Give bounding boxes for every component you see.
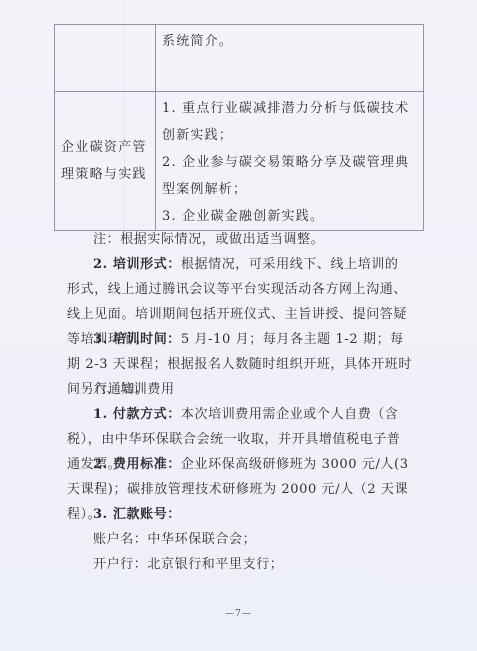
- content-line: 系统简介。: [156, 25, 423, 55]
- topic-text: 企业碳资产管理策略与实践: [55, 134, 155, 188]
- remittance-label: 3. 汇款账号：: [93, 507, 181, 522]
- topic-cell: 企业碳资产管理策略与实践: [55, 92, 156, 231]
- training-form-label: 2. 培训形式：: [93, 257, 181, 272]
- account-name-line: 账户名：中华环保联合会；: [67, 527, 412, 552]
- topic-cell: [55, 25, 156, 92]
- payment-method-label: 1. 付款方式：: [93, 407, 181, 422]
- document-page: 系统简介。 企业碳资产管理策略与实践 1. 重点行业碳减排潜力分析与低碳技术创新…: [0, 0, 477, 651]
- course-table: 系统简介。 企业碳资产管理策略与实践 1. 重点行业碳减排潜力分析与低碳技术创新…: [54, 24, 424, 231]
- fee-standard-label: 2. 费用标准：: [93, 457, 181, 472]
- content-line: 2. 企业参与碳交易策略分享及碳管理典型案例解析；: [156, 149, 423, 203]
- content-line: 3. 企业碳金融创新实践。: [156, 203, 423, 230]
- note-paragraph: 注：根据实际情况，或做出适当调整。: [67, 227, 412, 252]
- table-row: 系统简介。: [55, 25, 424, 92]
- table-row: 企业碳资产管理策略与实践 1. 重点行业碳减排潜力分析与低碳技术创新实践； 2.…: [55, 92, 424, 231]
- content-cell: 系统简介。: [156, 25, 424, 92]
- content-cell: 1. 重点行业碳减排潜力分析与低碳技术创新实践； 2. 企业参与碳交易策略分享及…: [156, 92, 424, 231]
- remittance-heading: 3. 汇款账号：: [67, 502, 412, 527]
- page-number: —7—: [0, 609, 477, 619]
- bank-line: 开户行：北京银行和平里支行；: [67, 552, 412, 577]
- content-line: 1. 重点行业碳减排潜力分析与低碳技术创新实践；: [156, 92, 423, 149]
- section-six-heading: 六、培训费用: [67, 377, 412, 402]
- training-time-label: 3. 培训时间：: [93, 332, 181, 347]
